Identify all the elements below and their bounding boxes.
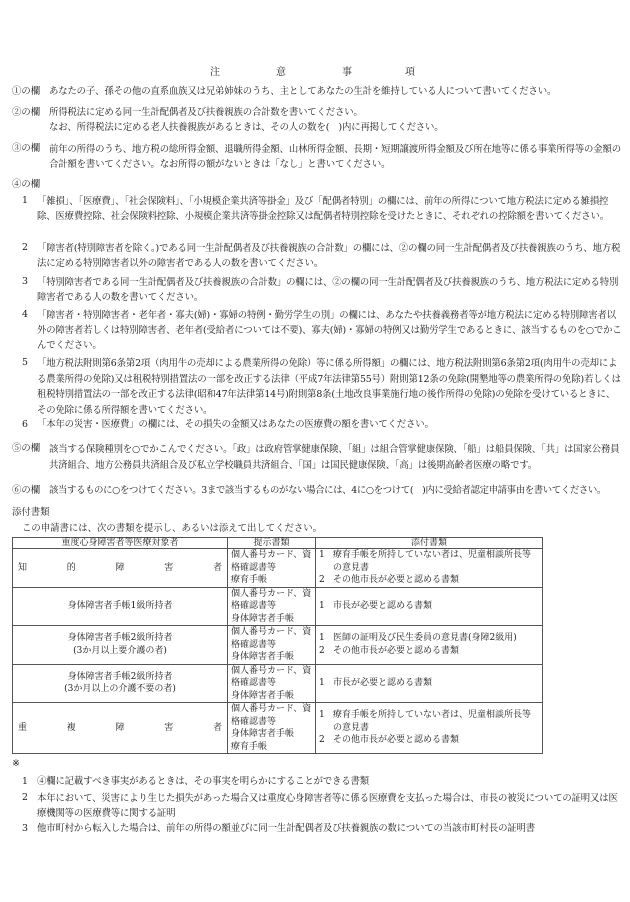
item-text: 「特別障害者である同一生計配偶者及び扶養親族の合計数」の欄には、②の欄の同一生計… [37, 275, 624, 305]
section-4-item-1: 1 「雑損」、「医療費」、「社会保険料」、「小規模企業共済等掛金」及び「配偶者特… [22, 194, 624, 224]
title-char: 項 [405, 66, 415, 79]
title-char: 事 [342, 66, 352, 79]
column-header: 提示書類 [228, 538, 316, 549]
present-docs-cell: 個人番号カード、資格確認書等身体障害者手帳 [228, 626, 316, 665]
item-text: 「障害者・特別障害者・老年者・寡夫(婦)・寡婦の特例・勤労学生の別」の欄には、あ… [37, 308, 624, 353]
note-item: 2 本年において、災害により生じた損失があった場合又は重度心身障害者等に係る医療… [22, 791, 624, 821]
present-docs-cell: 個人番号カード、資格確認書等身体障害者手帳療育手帳 [228, 703, 316, 754]
item-text: 「雑損」、「医療費」、「社会保険料」、「小規模企業共済等掛金」及び「配偶者特別」… [37, 194, 624, 224]
section-text: 所得税法に定める同一生計配偶者及び扶養親族の合計数を書いてください。 [49, 106, 624, 119]
table-row: 身体障害者手帳1級所持者 個人番号カード、資格確認書等身体障害者手帳 1市長が必… [13, 587, 543, 626]
section-6: ⑥の欄 該当するものに○をつけてください。3まで該当するものがない場合には、4に… [12, 484, 624, 497]
target-cell: 身体障害者手帳2級所持者(3か月以上の介護不要の者) [13, 664, 228, 703]
section-4-item-2: 2 「障害者(特別障害者を除く。)である同一生計配偶者及び扶養親族の合計数」の欄… [22, 241, 624, 271]
attach-docs-cell: 1療育手帳を所持していない者は、児童相談所長等の意見書 2その他市長が必要と認め… [316, 549, 543, 588]
item-text: 「障害者(特別障害者を除く。)である同一生計配偶者及び扶養親族の合計数」の欄には… [37, 241, 624, 271]
column-header: 添付書類 [316, 538, 543, 549]
section-label: ⑥の欄 [12, 484, 40, 497]
item-number: 3 [22, 275, 28, 288]
section-label: ②の欄 [12, 106, 40, 119]
item-number: 2 [22, 241, 28, 254]
notes-mark: ※ [12, 757, 20, 770]
attachments-heading: 添付書類 [12, 506, 50, 519]
present-docs-cell: 個人番号カード、資格確認書等身体障害者手帳 [228, 587, 316, 626]
table-row: 身体障害者手帳2級所持者(3か月以上の介護不要の者) 個人番号カード、資格確認書… [13, 664, 543, 703]
section-label: ④の欄 [12, 178, 40, 191]
note-text: 他市町村から転入した場合は、前年の所得の額並びに同一生計配偶者及び扶養親族の数に… [37, 822, 624, 835]
section-text: 該当するものに○をつけてください。3まで該当するものがない場合には、4に○をつけ… [49, 484, 624, 497]
section-text-2: なお、所得税法に定める老人扶養親族があるときは、その人の数を( )内に再掲してく… [49, 121, 624, 134]
section-text: 該当する保険種別を○でかこんでください。「政」は政府管掌健康保険、「組」は組合管… [49, 442, 624, 474]
item-text: 「本年の災害・医療費」の欄には、その損失の金額又はあなたの医療費の額を書いてくだ… [37, 418, 624, 431]
attachments-intro: この申請書には、次の書類を提示し、あるいは添えて出してください。 [22, 522, 322, 535]
section-label: ③の欄 [12, 142, 40, 155]
note-item: 1 ④欄に記載すべき事実があるときは、その事実を明らかにすることができる書類 [22, 775, 624, 788]
attach-docs-cell: 1療育手帳を所持していない者は、児童相談所長等の意見書 2その他市長が必要と認め… [316, 703, 543, 754]
target-cell: 重複障害者 [13, 703, 228, 754]
attach-docs-cell: 1市長が必要と認める書類 [316, 587, 543, 626]
column-header: 重度心身障害者等医療対象者 [13, 538, 228, 549]
section-2: ②の欄 所得税法に定める同一生計配偶者及び扶養親族の合計数を書いてください。 な… [12, 106, 624, 134]
present-docs-cell: 個人番号カード、資格確認書等療育手帳 [228, 549, 316, 588]
note-text: ④欄に記載すべき事実があるときは、その事実を明らかにすることができる書類 [37, 775, 624, 788]
item-number: 4 [22, 308, 28, 321]
item-number: 5 [22, 356, 28, 369]
title-char: 注 [210, 66, 220, 79]
table-row: 知的障害者 個人番号カード、資格確認書等療育手帳 1療育手帳を所持していない者は… [13, 549, 543, 588]
attach-docs-cell: 1市長が必要と認める書類 [316, 664, 543, 703]
section-4-item-3: 3 「特別障害者である同一生計配偶者及び扶養親族の合計数」の欄には、②の欄の同一… [22, 275, 624, 305]
section-label: ①の欄 [12, 85, 40, 98]
attachments-table: 重度心身障害者等医療対象者 提示書類 添付書類 知的障害者 個人番号カード、資格… [12, 537, 543, 754]
note-number: 1 [22, 775, 28, 788]
present-docs-cell: 個人番号カード、資格確認書等身体障害者手帳 [228, 664, 316, 703]
section-4-item-4: 4 「障害者・特別障害者・老年者・寡夫(婦)・寡婦の特例・勤労学生の別」の欄には… [22, 308, 624, 353]
target-cell: 知的障害者 [13, 549, 228, 588]
table-row: 重複障害者 個人番号カード、資格確認書等身体障害者手帳療育手帳 1療育手帳を所持… [13, 703, 543, 754]
section-1: ①の欄 あなたの子、孫その他の直系血族又は兄弟姉妹のうち、主としてあなたの生計を… [12, 85, 624, 98]
table-row: 身体障害者手帳2級所持者(3か月以上要介護の者) 個人番号カード、資格確認書等身… [13, 626, 543, 665]
target-cell: 身体障害者手帳2級所持者(3か月以上要介護の者) [13, 626, 228, 665]
section-3: ③の欄 前年の所得のうち、地方税の総所得金額、退職所得金額、山林所得金額、長期・… [12, 142, 624, 172]
note-number: 3 [22, 822, 28, 835]
item-number: 6 [22, 418, 28, 431]
section-5: ⑤の欄 該当する保険種別を○でかこんでください。「政」は政府管掌健康保険、「組」… [12, 442, 624, 474]
title-char: 意 [276, 66, 286, 79]
target-cell: 身体障害者手帳1級所持者 [13, 587, 228, 626]
attach-docs-cell: 1医師の証明及び民生委員の意見書(身障2級用) 2その他市長が必要と認める書類 [316, 626, 543, 665]
table-header-row: 重度心身障害者等医療対象者 提示書類 添付書類 [13, 538, 543, 549]
section-text: あなたの子、孫その他の直系血族又は兄弟姉妹のうち、主としてあなたの生計を維持して… [49, 85, 624, 98]
section-4-item-5: 5 「地方税法附則第6条第2項（肉用牛の売却による農業所得の免除）等に係る所得額… [22, 356, 624, 418]
item-number: 1 [22, 194, 28, 207]
item-text: 「地方税法附則第6条第2項（肉用牛の売却による農業所得の免除）等に係る所得額」の… [37, 356, 624, 418]
page-title: 注 意 事 項 [0, 66, 630, 80]
note-item: 3 他市町村から転入した場合は、前年の所得の額並びに同一生計配偶者及び扶養親族の… [22, 822, 624, 835]
note-text: 本年において、災害により生じた損失があった場合又は重度心身障害者等に係る医療費を… [37, 791, 624, 821]
note-number: 2 [22, 791, 28, 804]
section-4-item-6: 6 「本年の災害・医療費」の欄には、その損失の金額又はあなたの医療費の額を書いて… [22, 418, 624, 431]
section-text: 前年の所得のうち、地方税の総所得金額、退職所得金額、山林所得金額、長期・短期譲渡… [49, 142, 624, 172]
section-label: ⑤の欄 [12, 442, 40, 455]
